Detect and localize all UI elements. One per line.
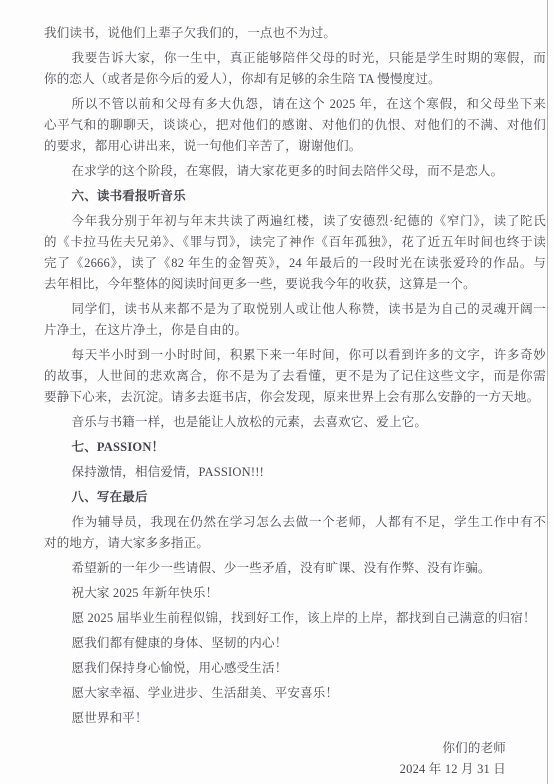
text-line: 作为辅导员，我现在仍然在学习怎么去做一个老师，人都有不足，学生工作中有不: [44, 512, 546, 533]
section-heading: 七、PASSION！: [44, 437, 546, 458]
text-line: 希望新的一年少一些请假、少一些矛盾，没有旷课、没有作弊、没有诈骗。: [44, 558, 546, 579]
text-line: 音乐与书籍一样，也是能让人放松的元素，去喜欢它、爱上它。: [44, 412, 546, 433]
text-line: 同学们，读书从来都不是为了取悦别人或让他人称赞，读书是为自己的灵魂开阔一: [44, 299, 546, 320]
text-line: 去年相比，今年整体的阅读时间更多一些，要说我今年的收获，这算是一个。: [44, 274, 546, 295]
text-line: 在求学的这个阶段，在寒假，请大家花更多的时间去陪伴父母，而不是恋人。: [44, 161, 546, 182]
signature-line: 你们的老师: [44, 738, 546, 759]
text-line: 的《卡拉马佐夫兄弟》、《罪与罚》，读完了神作《百年孤独》，花了近五年时间也终于读: [44, 232, 546, 253]
text-line: 的要求，都用心讲出来，说一句他们辛苦了，谢谢他们。: [44, 136, 546, 157]
text-line: 片净土，在这片净土，你是自由的。: [44, 320, 546, 341]
text-line: 今年我分别于年初与年末共读了两遍红楼，读了安德烈·纪德的《窄门》，读了陀氏: [44, 211, 546, 232]
text-line: 愿大家幸福、学业进步、生活甜美、平安喜乐！: [44, 683, 546, 704]
text-line: 愿我们保持身心愉悦，用心感受生活！: [44, 658, 546, 679]
section-heading: 八、写在最后: [44, 487, 546, 508]
text-line: 每天半小时到一小时时间，积累下来一年时间，你可以看到许多的文字，许多奇妙: [44, 345, 546, 366]
text-line: 我们读书，说他们上辈子欠我们的，一点也不为过。: [44, 23, 546, 44]
text-line: 祝大家 2025 年新年快乐！: [44, 583, 546, 604]
text-line: 你的恋人（或者是你今后的爱人），你却有足够的余生陪 TA 慢慢度过。: [44, 69, 546, 90]
text-line: 愿我们都有健康的身体、坚韧的内心！: [44, 633, 546, 654]
text-line: 愿 2025 届毕业生前程似锦，找到好工作，该上岸的上岸，都找到自己满意的归宿！: [44, 608, 546, 629]
text-line: 保持激情，相信爱情，PASSION!!!: [44, 462, 546, 483]
text-line: 对的地方，请大家多多指正。: [44, 533, 546, 554]
text-line: 所以不管以前和父母有多大仇怨，请在这个 2025 年，在这个寒假，和父母坐下来: [44, 94, 546, 115]
letter-body: 我们读书，说他们上辈子欠我们的，一点也不为过。我要告诉大家，你一生中，真正能够陪…: [44, 23, 546, 780]
section-heading: 六、读书看报听音乐: [44, 186, 546, 207]
text-line: 要静下心来，去沉淀。请多去逛书店，你会发现，原来世界上会有那么安静的一方天地。: [44, 387, 546, 408]
text-line: 的故事，人世间的悲欢离合，你不是为了去看懂，更不是为了记住这些文字，而是你需: [44, 366, 546, 387]
text-line: 愿世界和平！: [44, 708, 546, 729]
text-line: 心平气和的聊聊天，谈谈心，把对他们的感谢、对他们的仇恨、对他们的不满、对他们: [44, 115, 546, 136]
text-line: 我要告诉大家，你一生中，真正能够陪伴父母的时光，只能是学生时期的寒假，而: [44, 48, 546, 69]
text-line: 完了《2666》，读了《82 年生的金智英》，24 年最后的一段时光在读张爱玲的…: [44, 253, 546, 274]
page-edge-line: [547, 0, 548, 784]
date-line: 2024 年 12 月 31 日: [44, 759, 546, 780]
document-page: 我们读书，说他们上辈子欠我们的，一点也不为过。我要告诉大家，你一生中，真正能够陪…: [0, 0, 554, 784]
